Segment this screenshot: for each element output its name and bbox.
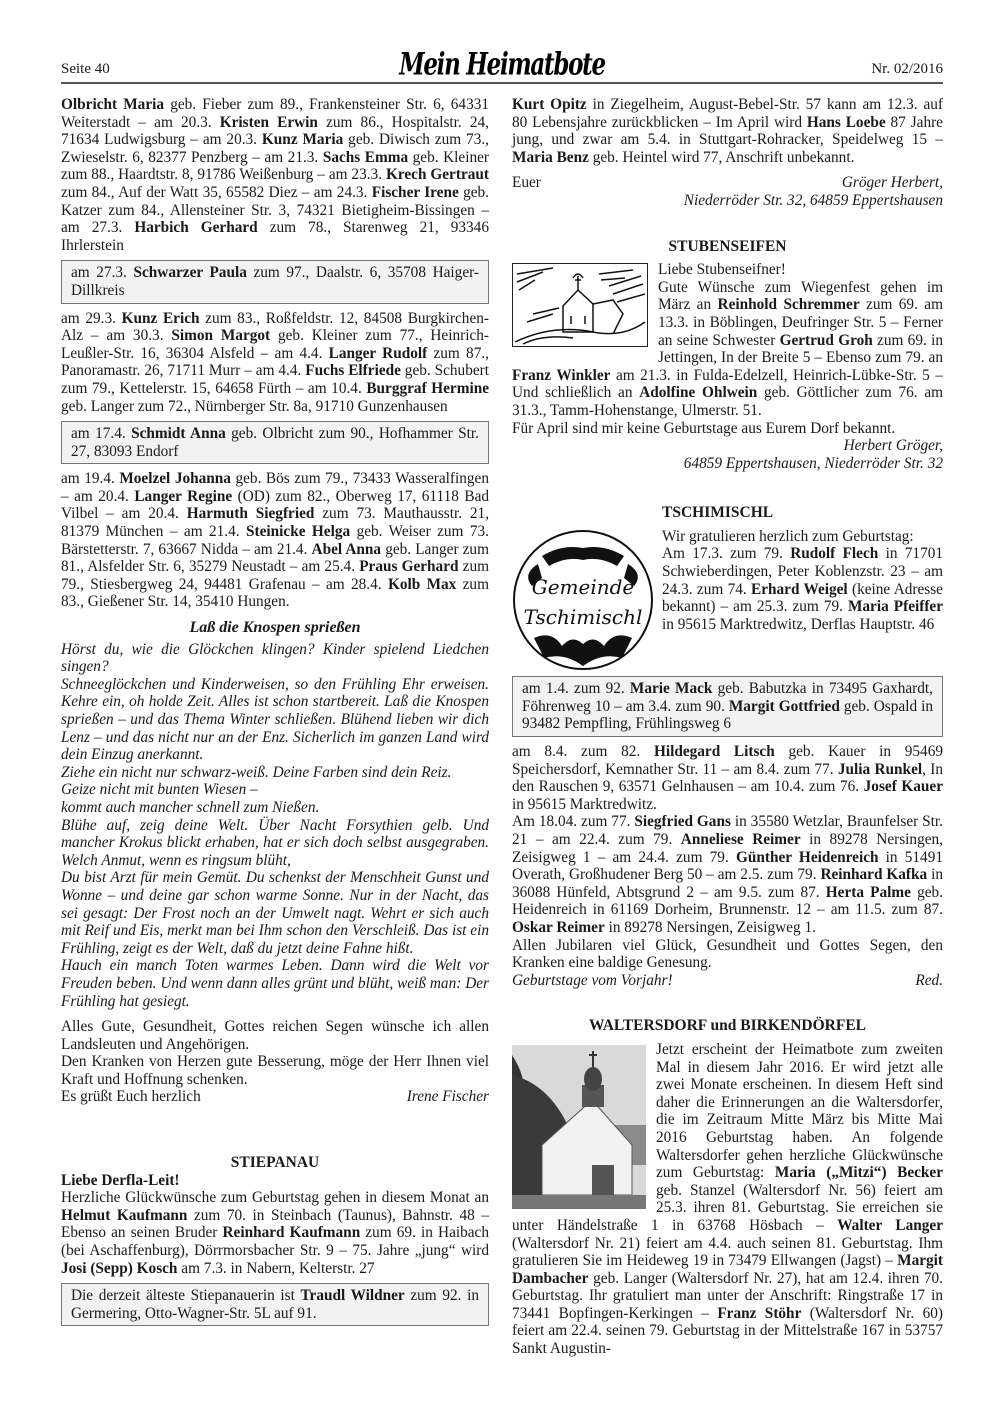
stiepanau-text: Herzliche Glückwünsche zum Geburtstag ge… (61, 1189, 489, 1277)
person-name: Harbich Gerhard (134, 219, 257, 236)
person-name: Walter Langer (837, 1217, 943, 1234)
person-name: Praus Gerhard (359, 558, 458, 575)
signature-address: 64859 Eppertshausen, Niederröder Str. 32 (512, 455, 943, 473)
note: Geburtstage vom Vorjahr! (512, 972, 673, 990)
birthday-list-2: am 29.3. Kunz Erich zum 83., Roßfeldstr.… (61, 310, 489, 416)
person-name: Rudolf Flech (790, 545, 878, 562)
person-name: Schmidt Anna (131, 425, 226, 442)
issue-number: Nr. 02/2016 (871, 61, 943, 78)
person-name: Abel Anna (312, 541, 382, 558)
closing-euer: Euer (512, 174, 541, 192)
person-name: Kurt Opitz (512, 96, 587, 113)
person-name: Kristen Erwin (220, 114, 318, 131)
person-name: Fuchs Elfriede (305, 362, 401, 379)
person-name: Reinhard Kaufmann (222, 1224, 360, 1241)
church-sketch-image (512, 263, 648, 347)
person-name: Günther Heidenreich (736, 849, 879, 866)
person-name: Langer Regine (134, 488, 232, 505)
person-name: Olbricht Maria (61, 96, 164, 113)
person-name: Steinicke Helga (246, 523, 350, 540)
person-name: Kunz Erich (122, 310, 200, 327)
chapel-photo (512, 1045, 646, 1209)
person-name: Siegfried Gans (634, 813, 731, 830)
svg-text:Tschimischl: Tschimischl (524, 605, 643, 629)
left-column: Olbricht Maria geb. Fieber zum 89., Fran… (61, 96, 489, 1332)
svg-text:Gemeinde: Gemeinde (532, 575, 635, 599)
highlight-text: am 1.4. zum 92. Marie Mack geb. Babutzka… (522, 680, 933, 733)
highlight-box-schmidt: am 17.4. Schmidt Anna geb. Olbricht zum … (61, 421, 489, 464)
tschimischl-seal-image: Gemeinde Tschimischl (512, 526, 654, 674)
poem-line: Ziehe ein nicht nur schwarz-weiß. Deine … (61, 764, 489, 782)
person-name: Hildegard Litsch (654, 743, 775, 760)
poem-line: Blühe auf, zeig deine Welt. Über Nacht F… (61, 817, 489, 870)
church-drawing-icon (513, 264, 647, 346)
april-note: Für April sind mir keine Geburtstage aus… (512, 420, 943, 438)
tschimischl-wishes: Allen Jubilaren viel Glück, Gesundheit u… (512, 937, 943, 972)
person-name: Helmut Kaufmann (61, 1207, 187, 1224)
person-name: Maria Pfeiffer (848, 598, 943, 615)
signature-name: Gröger Herbert, (842, 174, 943, 192)
signature-address: Niederröder Str. 32, 64859 Eppertshausen (512, 192, 943, 210)
closing-wishes: Alles Gute, Gesundheit, Gottes reichen S… (61, 1018, 489, 1053)
person-name: Marie Mack (630, 680, 713, 697)
highlight-text: am 27.3. Schwarzer Paula zum 97., Daalst… (71, 264, 479, 299)
person-name: Kolb Max (388, 576, 456, 593)
signature: Irene Fischer (407, 1088, 489, 1106)
page-number: Seite 40 (61, 61, 110, 78)
signature: Red. (915, 972, 943, 990)
person-name: Hans Loebe (807, 114, 886, 131)
tschimischl-text-3: Am 18.04. zum 77. Siegfried Gans in 3558… (512, 813, 943, 936)
person-name: Adolfine Ohlwein (639, 384, 757, 401)
person-name: Langer Rudolf (329, 345, 428, 362)
highlight-text: am 17.4. Schmidt Anna geb. Olbricht zum … (71, 425, 479, 460)
poem: Hörst du, wie die Glöckchen klingen? Kin… (61, 641, 489, 1010)
tschimischl-text-2: am 8.4. zum 82. Hildegard Litsch geb. Ka… (512, 743, 943, 813)
section-title-waltersdorf: WALTERSDORF und BIRKENDÖRFEL (512, 1017, 943, 1035)
greeting: Es grüßt Euch herzlich (61, 1088, 201, 1106)
person-name: Burggraf Hermine (366, 380, 489, 397)
right-column: Kurt Opitz in Ziegelheim, August-Bebel-S… (512, 96, 943, 1358)
person-name: Simon Margot (171, 327, 270, 344)
person-name: Margit Gottfried (729, 698, 840, 715)
person-name: Moelzel Johanna (119, 470, 231, 487)
signature-row: Es grüßt Euch herzlich Irene Fischer (61, 1088, 489, 1106)
person-name: Franz Stöhr (717, 1305, 801, 1322)
person-name: Josi (Sepp) Kosch (61, 1260, 177, 1277)
person-name: Maria Benz (512, 149, 589, 166)
page-header: Seite 40 Mein Heimatbote Nr. 02/2016 (61, 52, 943, 84)
birthday-list-1: Olbricht Maria geb. Fieber zum 89., Fran… (61, 96, 489, 254)
person-name: Herta Palme (826, 884, 911, 901)
salutation: Liebe Derfla-Leit! (61, 1172, 489, 1190)
highlight-box-wildner: Die derzeit älteste Stiepanauerin ist Tr… (61, 1283, 489, 1326)
person-name: Anneliese Reimer (681, 831, 801, 848)
section-title-tschimischl: TSCHIMISCHL (512, 504, 943, 522)
chapel-photo-icon (512, 1045, 646, 1209)
person-name: Gertrud Groh (780, 332, 873, 349)
person-name: Oskar Reimer (512, 919, 605, 936)
poem-line: Hörst du, wie die Glöckchen klingen? Kin… (61, 641, 489, 676)
person-name: Reinhold Schremmer (718, 296, 860, 313)
person-name: Erhard Weigel (751, 581, 848, 598)
signature-row: Geburtstage vom Vorjahr! Red. (512, 972, 943, 990)
poem-line: kommt auch mancher schnell zum Nießen. (61, 799, 489, 817)
poem-line: Hauch ein manch Toten warmes Leben. Dann… (61, 957, 489, 1010)
person-name: Krech Gertraut (386, 166, 489, 183)
person-name: Margit Dambacher (512, 1252, 943, 1287)
section-title-stubenseifen: STUBENSEIFEN (512, 238, 943, 256)
birthday-list-opitz: Kurt Opitz in Ziegelheim, August-Bebel-S… (512, 96, 943, 166)
person-name: Maria („Mitzi“) Becker (775, 1164, 943, 1181)
masthead-logo: Mein Heimatbote (399, 47, 605, 83)
person-name: Franz Winkler (512, 367, 610, 384)
poem-line: Schneeglöckchen und Kinderweisen, so den… (61, 676, 489, 764)
person-name: Schwarzer Paula (133, 264, 246, 281)
birthday-list-3: am 19.4. Moelzel Johanna geb. Bös zum 79… (61, 470, 489, 611)
municipal-seal-icon: Gemeinde Tschimischl (512, 526, 654, 674)
person-name: Josef Kauer (864, 778, 943, 795)
person-name: Fischer Irene (372, 184, 459, 201)
closing-get-well: Den Kranken von Herzen gute Besserung, m… (61, 1053, 489, 1088)
section-title-stiepanau: STIEPANAU (61, 1154, 489, 1172)
signature-name: Herbert Gröger, (512, 437, 943, 455)
person-name: Traudl Wildner (300, 1287, 404, 1304)
person-name: Julia Runkel (838, 761, 922, 778)
highlight-text: Die derzeit älteste Stiepanauerin ist Tr… (71, 1287, 479, 1322)
person-name: Reinhard Kafka (820, 866, 927, 883)
poem-line: Du bist Arzt für mein Gemüt. Du schenkst… (61, 869, 489, 957)
poem-title: Laß die Knospen sprießen (61, 619, 489, 637)
signature-row: Euer Gröger Herbert, (512, 174, 943, 192)
person-name: Harmuth Siegfried (187, 505, 315, 522)
person-name: Kunz Maria (262, 131, 343, 148)
highlight-box-schwarzer: am 27.3. Schwarzer Paula zum 97., Daalst… (61, 260, 489, 303)
person-name: Sachs Emma (323, 149, 408, 166)
poem-line: Geize nicht mit bunten Wiesen – (61, 781, 489, 799)
highlight-box-mack: am 1.4. zum 92. Marie Mack geb. Babutzka… (512, 676, 943, 737)
